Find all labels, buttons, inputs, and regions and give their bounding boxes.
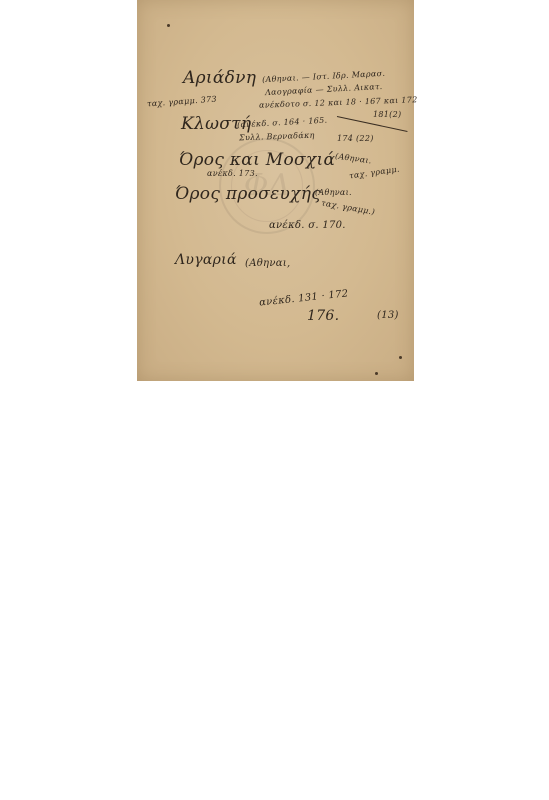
- entry-title-oros-proseuchis: Όρος προσευχής: [175, 184, 321, 204]
- entry-annotation: ανέκδοτο σ. 12 και 18 · 167 και 172: [259, 95, 418, 110]
- entry-annotation: 174 (22): [337, 134, 374, 143]
- entry-annotation: Λαογραφία — Συλλ. Αικατ.: [265, 82, 383, 97]
- entry-left-note: ανέκδ. 173.: [207, 169, 258, 178]
- entry-title-lygaria: Λυγαριά: [175, 252, 237, 268]
- entry-ref-box: 181(2): [373, 110, 401, 119]
- entry-annotation: (13): [377, 310, 399, 321]
- entry-annotation: ταχ. γραμμ.): [321, 198, 376, 216]
- entry-annotation: (Αθηναι.: [315, 188, 352, 197]
- entry-annotation: 176.: [307, 308, 339, 324]
- entry-annotation: (Αθηναι.: [335, 151, 373, 165]
- entry-annotation: (Αθηναι,: [245, 258, 290, 269]
- entry-annotation: ανέκδ. σ. 170.: [269, 220, 346, 231]
- entry-annotation: ανέκδ. 131 · 172: [259, 288, 349, 308]
- ink-spot: [375, 372, 378, 375]
- entry-left-note: ταχ. γραμμ. 373: [147, 95, 217, 109]
- ink-spot: [167, 24, 170, 27]
- ink-spot: [399, 356, 402, 359]
- manuscript-page: ΦΔ Αριάδνη (Αθηναι. — Ιστ. Ιδρ. Μαρασ. Λ…: [137, 0, 414, 381]
- entry-annotation: Συλλ. Βερναδάκη: [239, 131, 315, 143]
- entry-title-oros-moschia: Όρος και Μοσχιά: [179, 150, 335, 170]
- entry-title-ariadne: Αριάδνη: [183, 68, 256, 88]
- entry-annotation: ταχ. γραμμ.: [349, 165, 401, 181]
